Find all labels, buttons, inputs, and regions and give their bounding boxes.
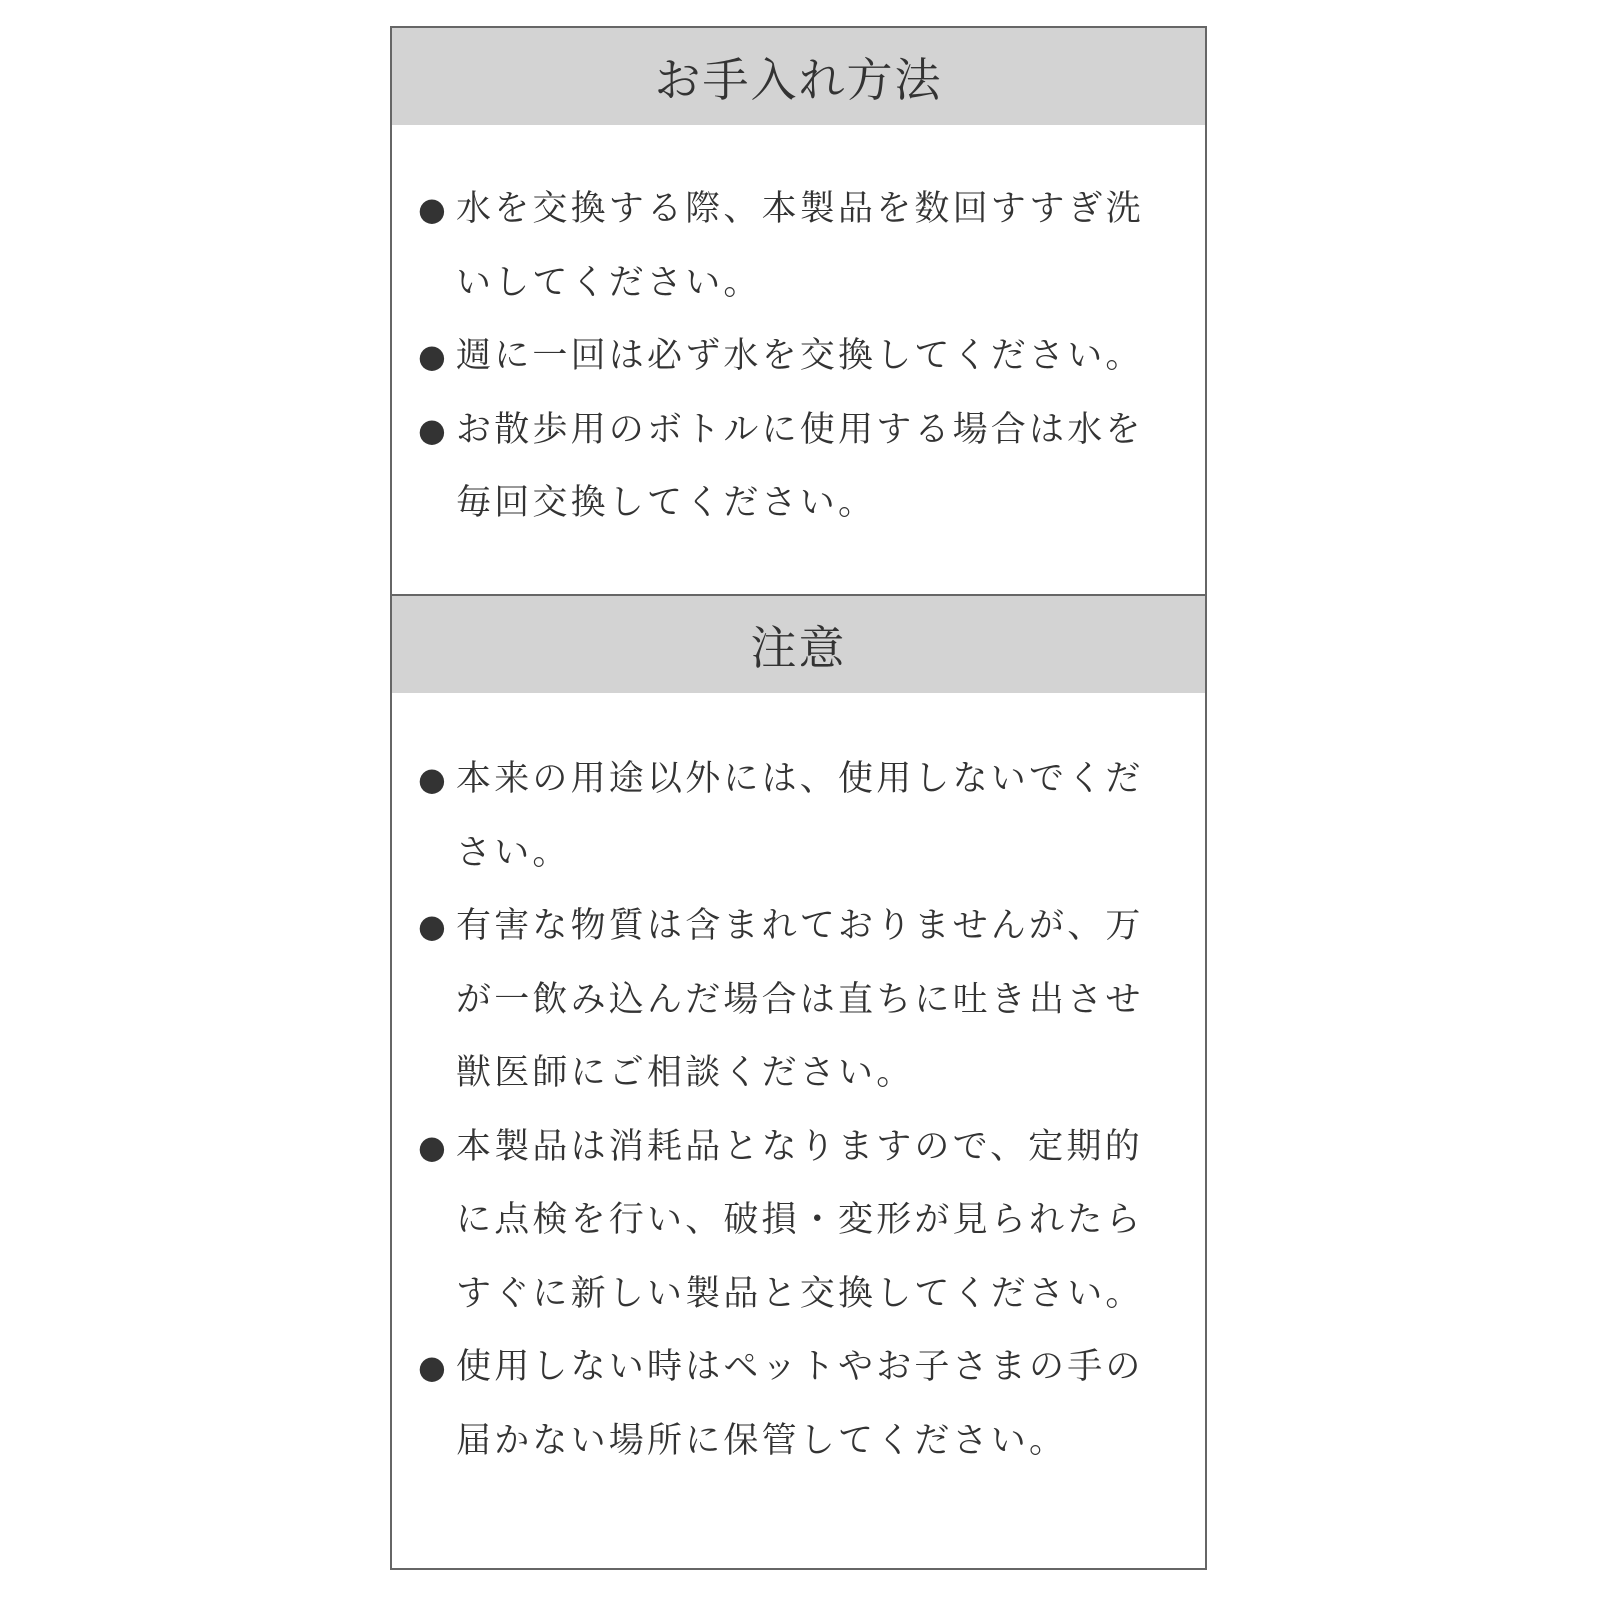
caution-list: ● 本来の用途以外には、使用しないでください。 ● 有害な物質は含まれておりませ… xyxy=(392,693,1205,1478)
list-item-text: 使用しない時はペットやお子さまの手の届かない場所に保管してください。 xyxy=(456,1331,1165,1478)
care-method-header: お手入れ方法 xyxy=(392,28,1205,125)
bullet-icon: ● xyxy=(418,1331,456,1478)
list-item: ● 有害な物質は含まれておりませんが、万が一飲み込んだ場合は直ちに吐き出させ獣医… xyxy=(418,890,1165,1111)
list-item-text: 週に一回は必ず水を交換してください。 xyxy=(456,320,1165,394)
bullet-icon: ● xyxy=(418,394,456,541)
list-item: ● お散歩用のボトルに使用する場合は水を毎回交換してください。 xyxy=(418,394,1165,541)
bullet-icon: ● xyxy=(418,320,456,394)
caution-title: 注意 xyxy=(751,612,847,678)
bullet-icon: ● xyxy=(418,1111,456,1332)
list-item: ● 本来の用途以外には、使用しないでください。 xyxy=(418,743,1165,890)
list-item-text: 有害な物質は含まれておりませんが、万が一飲み込んだ場合は直ちに吐き出させ獣医師に… xyxy=(456,890,1165,1111)
caution-header: 注意 xyxy=(392,594,1205,693)
list-item-text: 本来の用途以外には、使用しないでください。 xyxy=(456,743,1165,890)
list-item-text: お散歩用のボトルに使用する場合は水を毎回交換してください。 xyxy=(456,394,1165,541)
bullet-icon: ● xyxy=(418,890,456,1111)
list-item: ● 本製品は消耗品となりますので、定期的に点検を行い、破損・変形が見られたらすぐ… xyxy=(418,1111,1165,1332)
list-item-text: 本製品は消耗品となりますので、定期的に点検を行い、破損・変形が見られたらすぐに新… xyxy=(456,1111,1165,1332)
care-method-list: ● 水を交換する際、本製品を数回すすぎ洗いしてください。 ● 週に一回は必ず水を… xyxy=(392,125,1205,594)
bullet-icon: ● xyxy=(418,743,456,890)
list-item: ● 週に一回は必ず水を交換してください。 xyxy=(418,320,1165,394)
care-method-title: お手入れ方法 xyxy=(655,44,943,110)
list-item: ● 水を交換する際、本製品を数回すすぎ洗いしてください。 xyxy=(418,173,1165,320)
care-instructions-card: お手入れ方法 ● 水を交換する際、本製品を数回すすぎ洗いしてください。 ● 週に… xyxy=(390,26,1207,1570)
list-item-text: 水を交換する際、本製品を数回すすぎ洗いしてください。 xyxy=(456,173,1165,320)
bullet-icon: ● xyxy=(418,173,456,320)
list-item: ● 使用しない時はペットやお子さまの手の届かない場所に保管してください。 xyxy=(418,1331,1165,1478)
